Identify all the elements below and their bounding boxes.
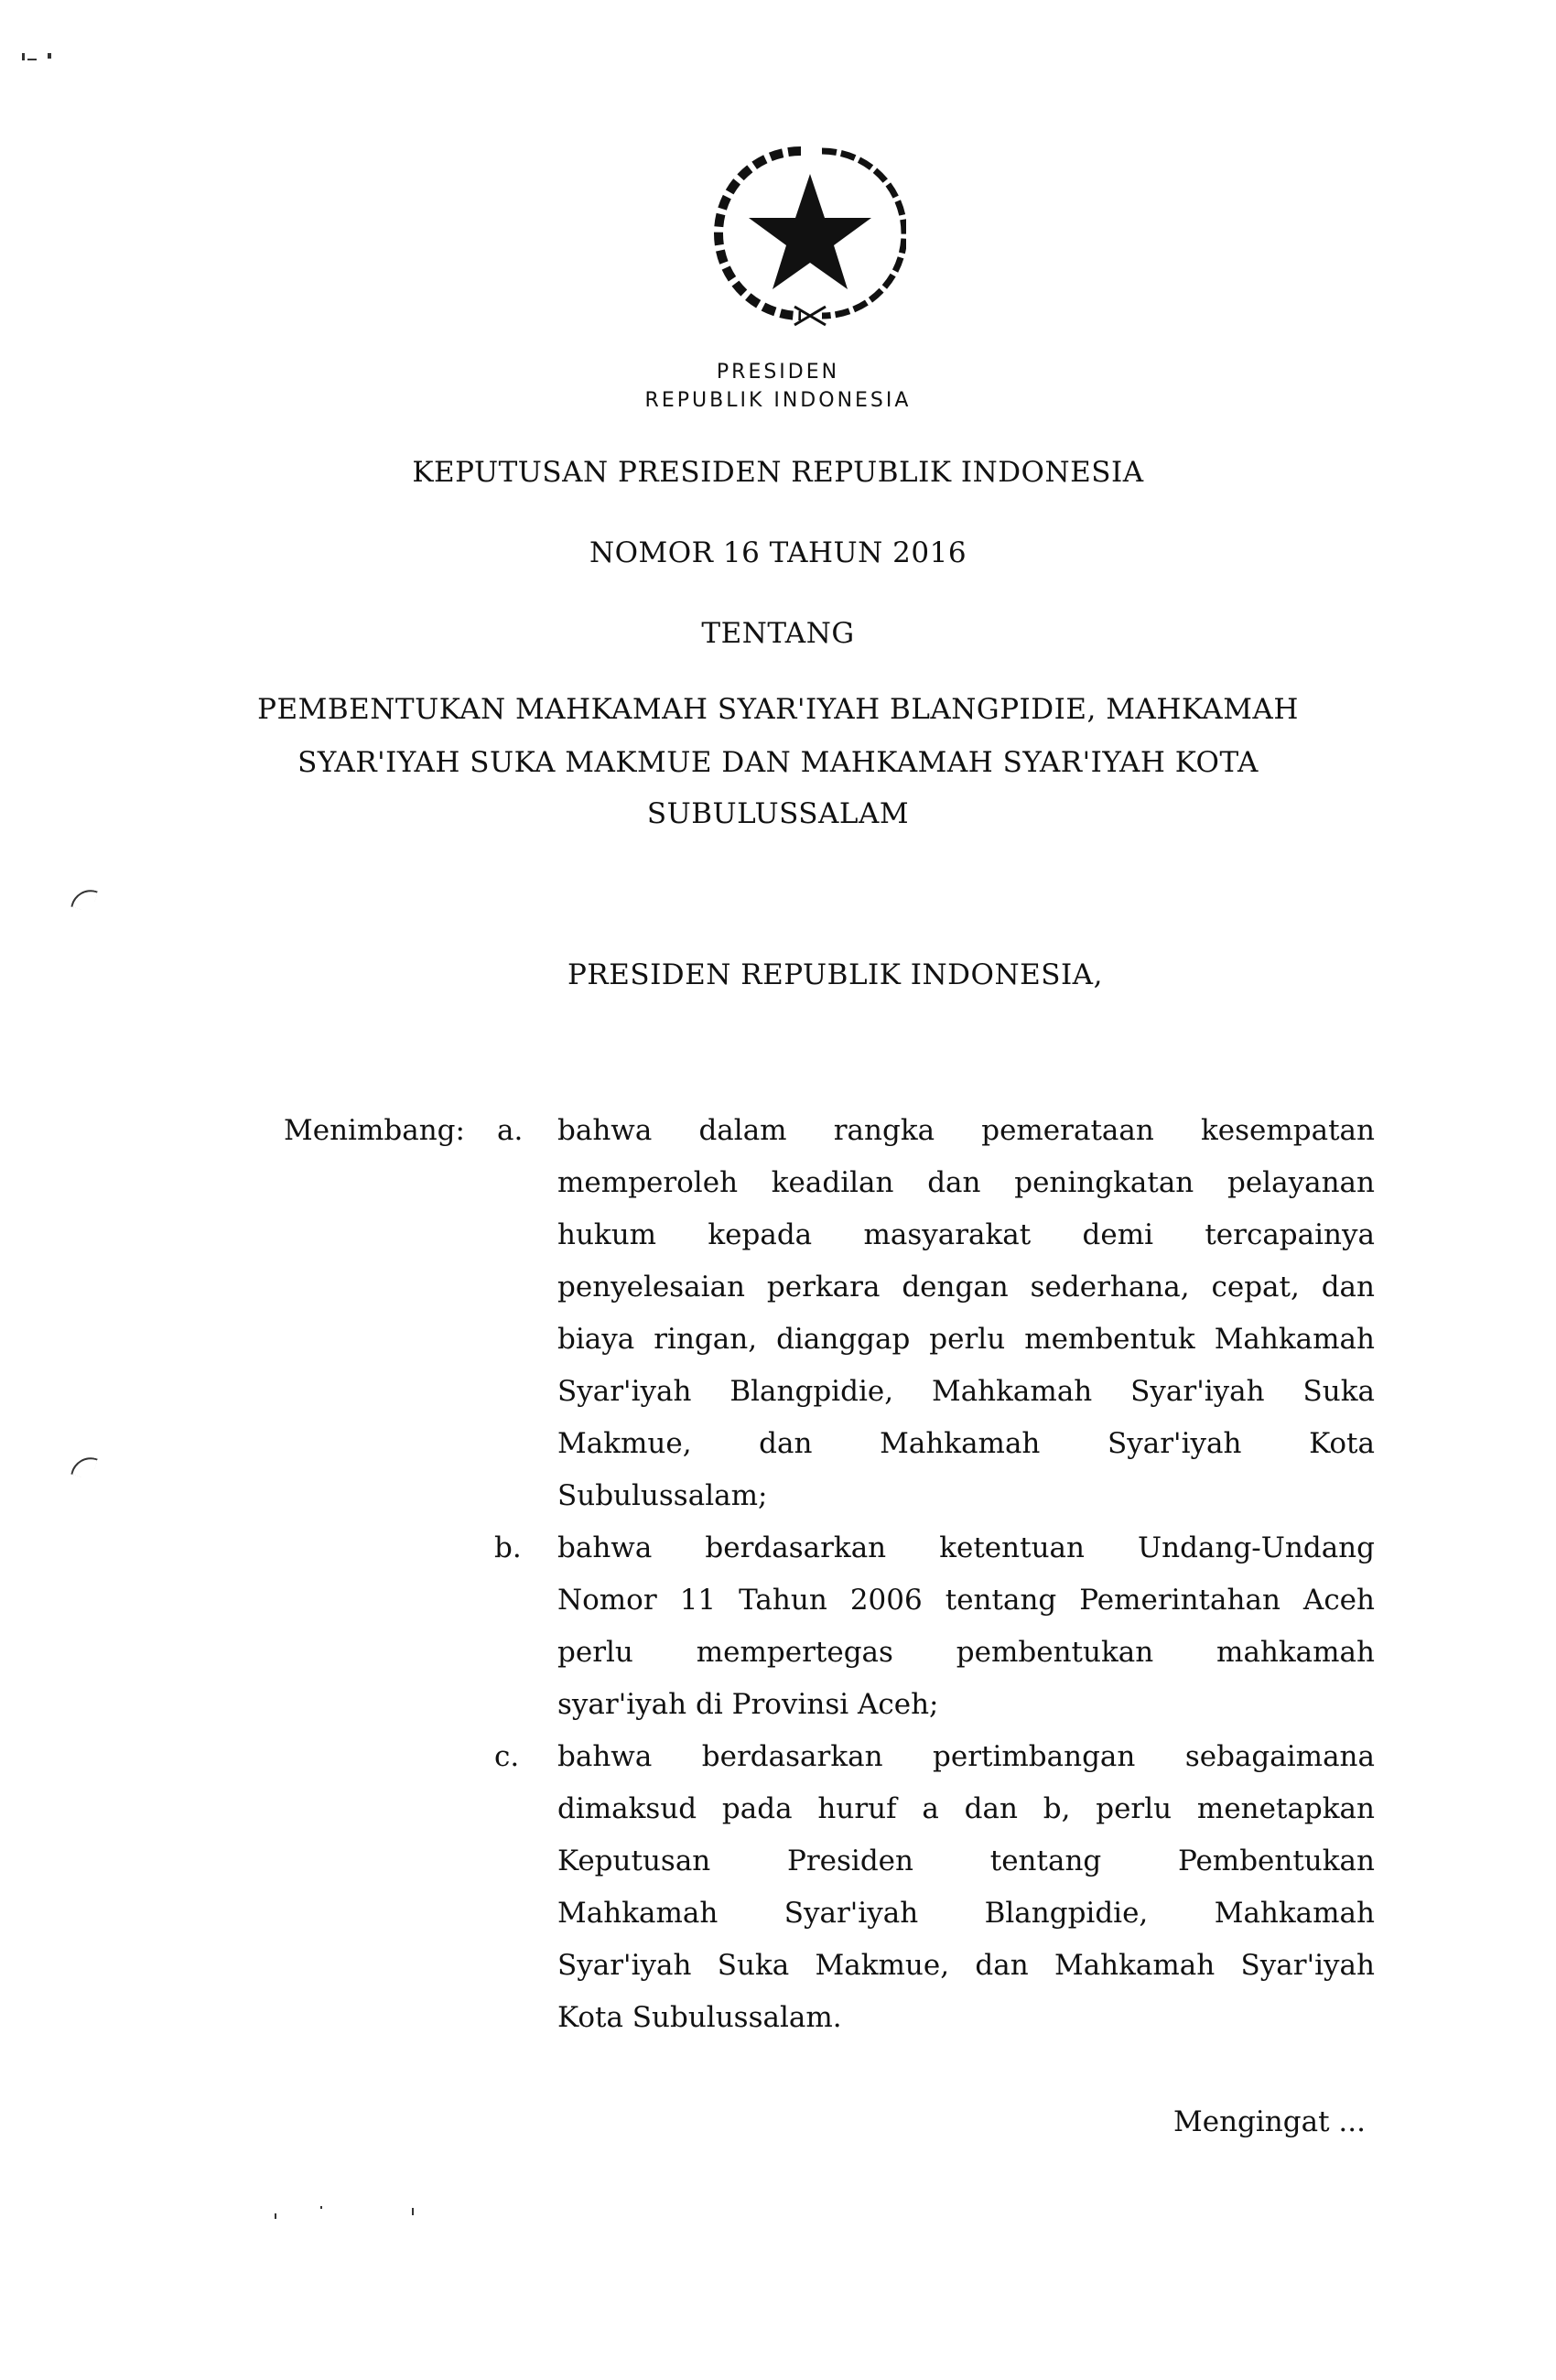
- punch-hole-mark: [70, 885, 97, 912]
- item-text-line: bahwa berdasarkan pertimbangan sebagaima…: [557, 1731, 1375, 1783]
- item-text-line: syar'iyah di Provinsi Aceh;: [557, 1679, 1375, 1731]
- subject-line: SYAR'IYAH SUKA MAKMUE DAN MAHKAMAH SYAR'…: [0, 746, 1556, 779]
- item-text-line: hukum kepada masyarakat demi tercapainya: [557, 1209, 1375, 1261]
- item-text-line: dimaksud pada huruf a dan b, perlu menet…: [557, 1783, 1375, 1835]
- item-text-line: Kota Subulussalam.: [557, 1992, 1375, 2044]
- document-title: KEPUTUSAN PRESIDEN REPUBLIK INDONESIA: [0, 456, 1556, 489]
- item-text-line: Mahkamah Syar'iyah Blangpidie, Mahkamah: [557, 1888, 1375, 1940]
- about-label: TENTANG: [0, 617, 1556, 650]
- scan-artifact: [22, 53, 25, 60]
- item-text-line: Syar'iyah Suka Makmue, dan Mahkamah Syar…: [557, 1940, 1375, 1992]
- letterhead-line1: PRESIDEN: [0, 361, 1556, 384]
- item-marker: b.: [494, 1522, 522, 1574]
- item-text-line: Subulussalam;: [557, 1470, 1375, 1522]
- scan-artifact: [275, 2213, 276, 2219]
- item-text-line: perlu mempertegas pembentukan mahkamah: [557, 1627, 1375, 1679]
- item-text-line: bahwa berdasarkan ketentuan Undang-Undan…: [557, 1522, 1375, 1574]
- item-marker: c.: [494, 1731, 519, 1783]
- continuation-text: Mengingat ...: [1173, 2105, 1366, 2138]
- punch-hole-mark: [70, 1453, 97, 1479]
- presidential-seal-icon: [714, 137, 906, 330]
- item-text-line: Makmue, dan Mahkamah Syar'iyah Kota: [557, 1418, 1375, 1470]
- item-text-line: Syar'iyah Blangpidie, Mahkamah Syar'iyah…: [557, 1366, 1375, 1418]
- scan-artifact: [412, 2208, 414, 2215]
- item-text-line: biaya ringan, dianggap perlu membentuk M…: [557, 1314, 1375, 1366]
- subject-line: SUBULUSSALAM: [0, 797, 1556, 830]
- item-text-line: bahwa dalam rangka pemerataan kesempatan: [557, 1105, 1375, 1157]
- considering-label: Menimbang:: [284, 1105, 465, 1157]
- scan-artifact: [320, 2206, 322, 2209]
- document-number: NOMOR 16 TAHUN 2016: [0, 536, 1556, 569]
- item-text-line: memperoleh keadilan dan peningkatan pela…: [557, 1157, 1375, 1209]
- scan-artifact: [48, 53, 51, 59]
- item-text-line: Keputusan Presiden tentang Pembentukan: [557, 1835, 1375, 1888]
- issuer-line: PRESIDEN REPUBLIK INDONESIA,: [567, 958, 1103, 991]
- subject-line: PEMBENTUKAN MAHKAMAH SYAR'IYAH BLANGPIDI…: [0, 693, 1556, 726]
- item-text-line: penyelesaian perkara dengan sederhana, c…: [557, 1261, 1375, 1314]
- scan-artifact: [27, 59, 37, 60]
- item-marker: a.: [497, 1105, 523, 1157]
- item-text-line: Nomor 11 Tahun 2006 tentang Pemerintahan…: [557, 1574, 1375, 1627]
- letterhead-line2: REPUBLIK INDONESIA: [0, 389, 1556, 412]
